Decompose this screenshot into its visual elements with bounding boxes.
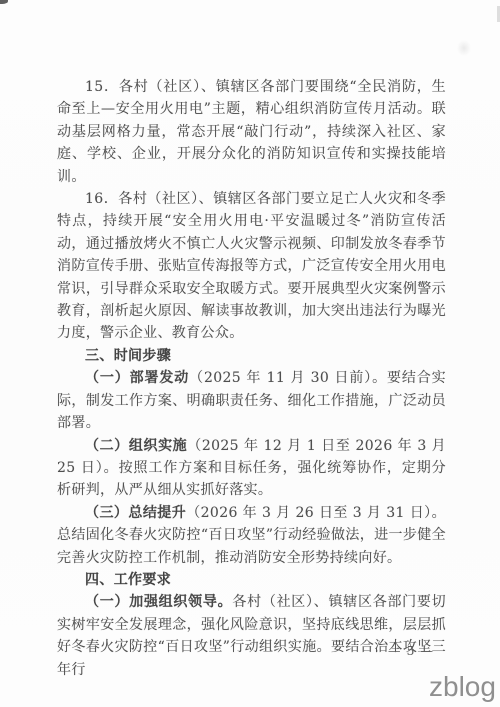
paragraph: 16．各村（社区）、镇辖区各部门要立足亡人火灾和冬季特点，持续开展“安全用火用电…	[57, 188, 446, 345]
section-heading: 三、时间步骤	[57, 345, 446, 367]
paragraph: （三）总结提升（2026 年 3 月 26 日至 3 月 31 日）。总结固化冬…	[57, 502, 446, 569]
watermark-text: zblog	[429, 671, 496, 703]
scanned-document-page: 15．各村（社区）、镇辖区各部门要围绕“全民消防，生命至上—安全用火用电”主题，…	[0, 0, 500, 707]
document-body: 15．各村（社区）、镇辖区各部门要围绕“全民消防，生命至上—安全用火用电”主题，…	[57, 76, 446, 681]
paragraph: （一）加强组织领导。各村（社区）、镇辖区各部门要切实树牢安全发展理念，强化风险意…	[57, 591, 446, 681]
paragraph-lead: （二）组织实施	[85, 438, 187, 454]
paragraph: （二）组织实施（2025 年 12 月 1 日至 2026 年 3 月 25 日…	[57, 435, 446, 502]
section-heading: 四、工作要求	[57, 569, 446, 591]
page-number: — 5 —	[383, 643, 439, 658]
paragraph: （一）部署发动（2025 年 11 月 30 日前）。要结合实际，制发工作方案、…	[57, 367, 446, 434]
paragraph-lead: （一）部署发动	[85, 370, 189, 386]
paragraph: 15．各村（社区）、镇辖区各部门要围绕“全民消防，生命至上—安全用火用电”主题，…	[57, 76, 446, 188]
paragraph-lead: （三）总结提升	[85, 505, 186, 521]
paragraph-lead: （一）加强组织领导。	[85, 594, 232, 610]
scan-artifact-corner	[0, 0, 8, 4]
scan-smudge	[457, 40, 471, 56]
